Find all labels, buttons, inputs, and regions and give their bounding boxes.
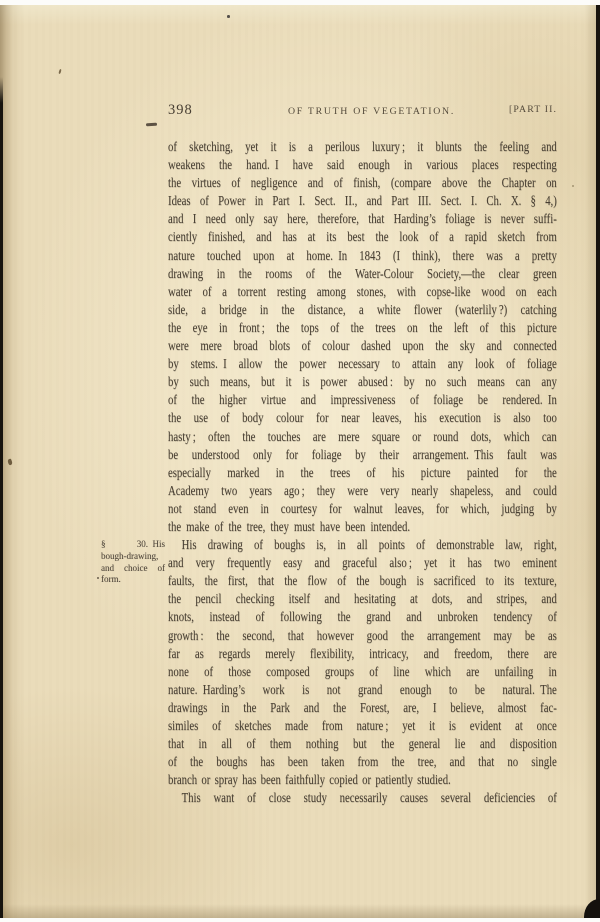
margin-note-line: § 30. His xyxy=(101,539,165,551)
part-label: [PART II. xyxy=(509,104,557,115)
text-line: none of those composed groups of line wh… xyxy=(168,663,557,681)
paper-speck xyxy=(97,577,99,579)
text-line: of the higher virtue and impressiveness … xyxy=(168,391,557,409)
margin-note: § 30. Hisbough-drawing,and choice ofform… xyxy=(101,539,165,586)
text-line: were mere broad blots of colour dashed u… xyxy=(168,337,557,355)
text-line: side, a bridge in the distance, a white … xyxy=(168,301,557,319)
text-line: the make of the tree, they must have bee… xyxy=(168,518,557,536)
running-title: OF TRUTH OF VEGETATION. xyxy=(168,106,557,117)
text-line: knots, instead of following the grand an… xyxy=(168,608,557,626)
text-line: by stems. I allow the power necessary to… xyxy=(168,355,557,373)
text-line: drawing in the rooms of the Water-Colour… xyxy=(168,265,557,283)
text-line: not stand even in courtesy for walnut le… xyxy=(168,500,557,518)
text-line: weakens the hand. I have said enough in … xyxy=(168,156,557,174)
text-line: by such means, but it is power abused : … xyxy=(168,373,557,391)
paper-speck xyxy=(572,185,574,187)
text-line: the use of body colour for near leaves, … xyxy=(168,409,557,427)
text-line: the pencil checking itself and hesitatin… xyxy=(168,590,557,608)
scan-background: { "colors": { "paper": "#ebdec0", "ink":… xyxy=(0,0,600,922)
text-line: that in all of them nothing but the gene… xyxy=(168,735,557,753)
text-line: and very frequently easy and graceful al… xyxy=(168,554,557,572)
text-line: the eye in front ; the tops of the trees… xyxy=(168,319,557,337)
margin-note-line: bough-drawing, xyxy=(101,551,165,563)
text-line: especially marked in the trees of his pi… xyxy=(168,464,557,482)
page-left-edge xyxy=(0,77,3,918)
body-text: of sketching, yet it is a perilous luxur… xyxy=(168,138,557,807)
text-line: nature touched upon at home. In 1843 (I … xyxy=(168,247,557,265)
text-line: drawings in the Park and the Forest, are… xyxy=(168,699,557,717)
text-line: the virtues of negligence and of finish,… xyxy=(168,174,557,192)
margin-note-line: and choice of xyxy=(101,563,165,575)
page-corner-shadow xyxy=(584,899,600,918)
text-line: nature. Harding’s work is not grand enou… xyxy=(168,681,557,699)
text-line: Academy two years ago ; they were very n… xyxy=(168,482,557,500)
text-line: growth : the second, that however good t… xyxy=(168,627,557,645)
text-line: water of a torrent resting among stones,… xyxy=(168,283,557,301)
text-line: be understood only for foliage by their … xyxy=(168,446,557,464)
paper-speck xyxy=(227,15,230,18)
text-line: of the boughs has been taken from the tr… xyxy=(168,753,557,771)
text-line: Ideas of Power in Part I. Sect. II., and… xyxy=(168,192,557,210)
margin-note-line: form. xyxy=(101,574,165,586)
text-line: similes of sketches made from nature ; y… xyxy=(168,717,557,735)
text-line: and I need only say here, therefore, tha… xyxy=(168,210,557,228)
text-line: His drawing of boughs is, in all points … xyxy=(168,536,557,554)
text-line: hasty ; often the touches are mere squar… xyxy=(168,428,557,446)
text-line: ciently finished, and has at its best th… xyxy=(168,228,557,246)
text-line: far as regards merely flexibility, intri… xyxy=(168,645,557,663)
text-line: of sketching, yet it is a perilous luxur… xyxy=(168,138,557,156)
text-line: branch or spray has been faithfully copi… xyxy=(168,771,557,789)
text-line: faults, the first, that the flow of the … xyxy=(168,572,557,590)
text-line: This want of close study necessarily cau… xyxy=(168,789,557,807)
